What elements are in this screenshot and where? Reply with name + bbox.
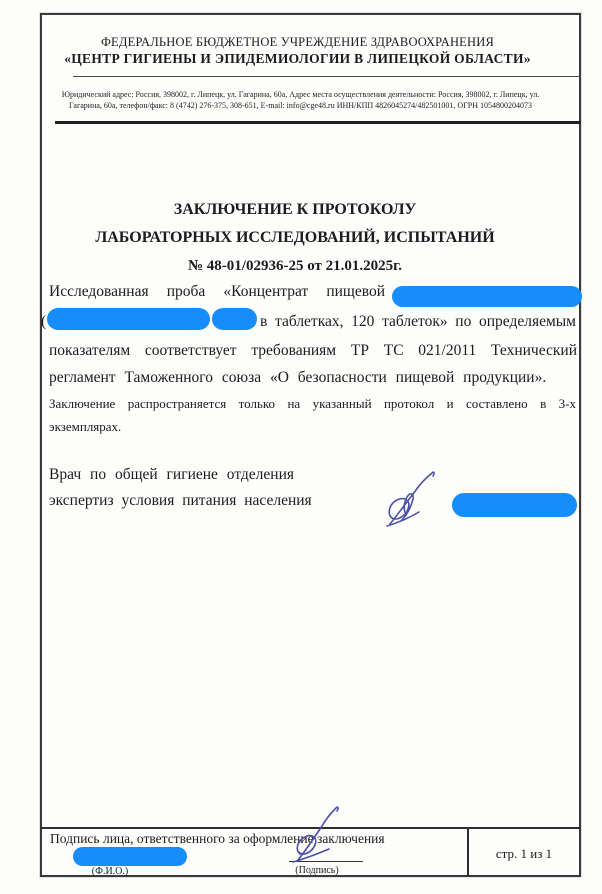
scanned-document-page: ФЕДЕРАЛЬНОЕ БЮДЖЕТНОЕ УЧРЕЖДЕНИЕ ЗДРАВОО… xyxy=(0,0,602,894)
signature-caption: (Подпись) xyxy=(289,865,345,876)
handwritten-signature-icon xyxy=(383,468,441,530)
title-line1: ЗАКЛЮЧЕНИЕ К ПРОТОКОЛУ xyxy=(45,196,545,224)
signer-role-line2: экспертиз условия питания населения xyxy=(49,490,312,512)
org-address: Юридический адрес: Россия, 398002, г. Ли… xyxy=(48,90,553,111)
document-title: ЗАКЛЮЧЕНИЕ К ПРОТОКОЛУ ЛАБОРАТОРНЫХ ИССЛ… xyxy=(45,196,545,280)
header-divider-line xyxy=(73,76,581,77)
page-number: стр. 1 из 1 xyxy=(467,846,581,862)
note-line2: экземплярах. xyxy=(49,417,121,437)
body-line3: показателям соответствует требованиям ТР… xyxy=(49,340,577,362)
note-line1: Заключение распространяется только на ук… xyxy=(49,394,576,414)
page-border xyxy=(40,13,581,877)
org-name-line2: «ЦЕНТР ГИГИЕНЫ И ЭПИДЕМИОЛОГИИ В ЛИПЕЦКО… xyxy=(45,50,550,67)
org-header: ФЕДЕРАЛЬНОЕ БЮДЖЕТНОЕ УЧРЕЖДЕНИЕ ЗДРАВОО… xyxy=(45,35,550,67)
redaction-product-name-3 xyxy=(212,308,257,330)
redaction-product-name-2 xyxy=(47,308,210,330)
signer-role-line1: Врач по общей гигиене отделения xyxy=(49,464,294,486)
body-line2: в таблетках, 120 таблеток» по определяем… xyxy=(260,311,576,333)
redaction-responsible-name xyxy=(73,847,187,866)
redaction-product-name-1 xyxy=(392,286,582,307)
org-name-line1: ФЕДЕРАЛЬНОЕ БЮДЖЕТНОЕ УЧРЕЖДЕНИЕ ЗДРАВОО… xyxy=(45,35,550,50)
title-number-line: № 48-01/02936-25 от 21.01.2025г. xyxy=(45,252,545,280)
body-line4: регламент Таможенного союза «О безопасно… xyxy=(49,367,546,389)
address-divider-line xyxy=(55,121,581,124)
body-line1: Исследованная проба «Концентрат пищевой xyxy=(49,281,385,303)
body-line2-prefix: ( xyxy=(41,311,46,333)
title-line2: ЛАБОРАТОРНЫХ ИССЛЕДОВАНИЙ, ИСПЫТАНИЙ xyxy=(45,224,545,252)
fio-caption: (Ф.И.О.) xyxy=(80,866,140,877)
redaction-signer-name xyxy=(452,493,577,517)
handwritten-signature-footer-icon xyxy=(288,805,346,865)
